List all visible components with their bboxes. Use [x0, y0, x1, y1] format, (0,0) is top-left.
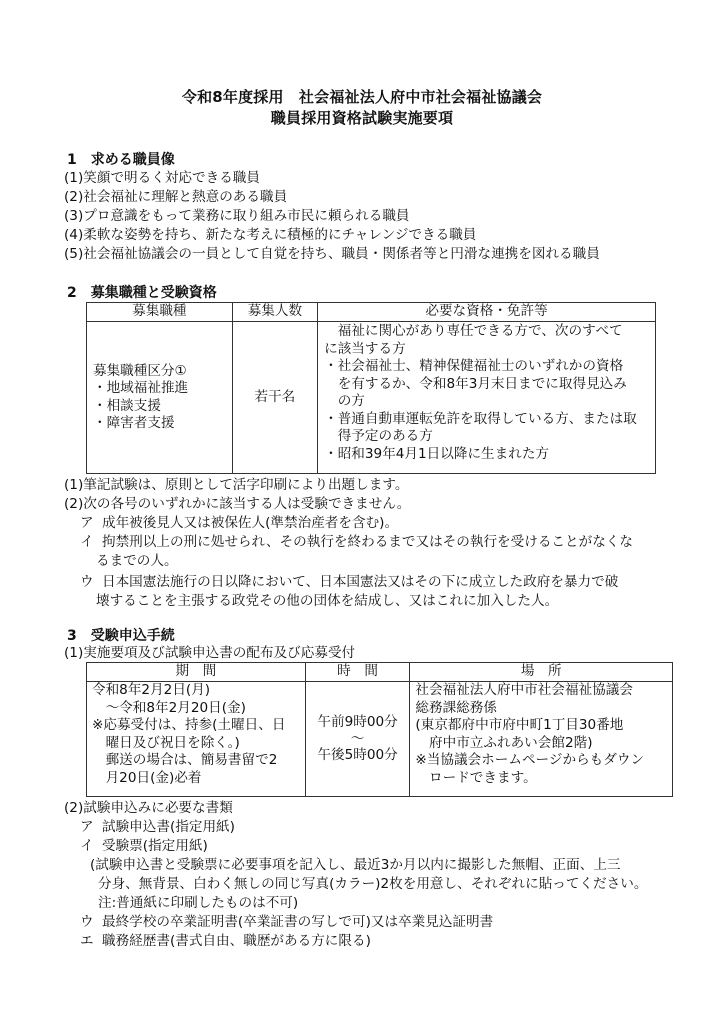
table-header-row: 募集職種 募集人数 必要な資格・免許等	[87, 303, 656, 322]
requirement-line: を有するか、令和8年3月末日までに取得見込み	[324, 376, 651, 394]
requirement-line: 得予定のある方	[324, 428, 651, 446]
section3-sub1: (1)実施要項及び試験申込書の配布及び応募受付	[64, 644, 355, 662]
place-line: ロードできます。	[415, 770, 668, 788]
period-line: ※応募受付は、持参(土曜日、日	[92, 717, 301, 735]
job-item: ・障害者支援	[93, 415, 228, 433]
document-text: 分身、無背景、白わく無しの同じ写真(カラー)2枚を用意し、それぞれに貼ってくださ…	[98, 875, 647, 893]
section1-item: (3)プロ意識をもって業務に取り組み市民に頼られる職員	[64, 207, 410, 225]
period-line: 月20日(金)必着	[92, 770, 301, 788]
disqualification-text: るまでの人。	[96, 552, 178, 570]
disqualification-text: 壊することを主張する政党その他の団体を結成し、又はこれに加入した人。	[96, 592, 558, 610]
time-separator: ～	[310, 733, 406, 745]
time-cell: 午前9時00分 ～ 午後5時00分	[305, 682, 410, 797]
qualification-table: 募集職種 募集人数 必要な資格・免許等 募集職種区分① ・地域福祉推進 ・相談支…	[86, 302, 656, 474]
count-cell: 若干名	[232, 322, 317, 474]
document-text: 受験票(指定用紙)	[102, 837, 208, 855]
place-line: 社会福祉法人府中市社会福祉協議会	[415, 682, 668, 700]
time-end: 午後5時00分	[310, 745, 406, 766]
job-item: ・相談支援	[93, 398, 228, 416]
table-row: 募集職種区分① ・地域福祉推進 ・相談支援 ・障害者支援 若干名 福祉に関心があ…	[87, 322, 656, 474]
disqualification-text: 成年被後見人又は被保佐人(準禁治産者を含む)。	[102, 514, 398, 532]
place-cell: 社会福祉法人府中市社会福祉協議会 総務課総務係 (東京都府中市府中町1丁目30番…	[410, 682, 673, 797]
disqualification-text: 拘禁刑以上の刑に処せられ、その執行を終わるまで又はその執行を受けることがなくな	[102, 533, 633, 551]
section2-note: (1)筆記試験は、原則として活字印刷により出題します。	[64, 476, 408, 494]
header-job-type: 募集職種	[87, 303, 233, 322]
section2-note: (2)次の各号のいずれかに該当する人は受験できません。	[64, 495, 410, 513]
document-label: ウ	[80, 913, 94, 931]
disqualification-label: ウ	[80, 573, 94, 591]
table-header-row: 期 間 時 間 場 所	[87, 663, 673, 682]
section1-item: (2)社会福祉に理解と熱意のある職員	[64, 188, 287, 206]
document-page: 令和8年度採用 社会福祉法人府中市社会福祉協議会 職員採用資格試験実施要項 1 …	[0, 0, 724, 1024]
header-place: 場 所	[410, 663, 673, 682]
document-text: 注:普通紙に印刷したものは不可)	[98, 894, 298, 912]
header-period: 期 間	[87, 663, 306, 682]
section1-item: (4)柔軟な姿勢を持ち、新たな考えに積極的にチャレンジできる職員	[64, 226, 476, 244]
document-text: 最終学校の卒業証明書(卒業証書の写しで可)又は卒業見込証明書	[102, 913, 493, 931]
document-text: 職務経歴書(書式自由、職歴がある方に限る)	[102, 932, 371, 950]
document-label: エ	[80, 932, 94, 950]
job-type-cell: 募集職種区分① ・地域福祉推進 ・相談支援 ・障害者支援	[87, 322, 233, 474]
document-text: 試験申込書(指定用紙)	[102, 818, 235, 836]
section2-heading: 2 募集職種と受験資格	[67, 284, 217, 302]
period-line: 令和8年2月2日(月)	[92, 682, 301, 700]
document-label: ア	[80, 818, 94, 836]
section3-heading: 3 受験申込手続	[67, 627, 175, 645]
requirements-cell: 福祉に関心があり専任できる方で、次のすべて に該当する方 ・社会福祉士、精神保健…	[318, 322, 656, 474]
document-title-line2: 職員採用資格試験実施要項	[0, 108, 724, 128]
job-category: 募集職種区分①	[93, 363, 228, 381]
place-line: (東京都府中市府中町1丁目30番地	[415, 717, 668, 735]
place-line: 府中市立ふれあい会館2階)	[415, 735, 668, 753]
time-start: 午前9時00分	[310, 712, 406, 733]
disqualification-label: ア	[80, 514, 94, 532]
section1-item: (1)笑顔で明るく対応できる職員	[64, 169, 260, 187]
application-table: 期 間 時 間 場 所 令和8年2月2日(月) ～令和8年2月20日(金) ※応…	[86, 662, 673, 797]
requirement-line: に該当する方	[324, 341, 651, 359]
header-requirements: 必要な資格・免許等	[318, 303, 656, 322]
job-item: ・地域福祉推進	[93, 380, 228, 398]
period-line: 郵送の場合は、簡易書留で2	[92, 752, 301, 770]
header-time: 時 間	[305, 663, 410, 682]
section1-item: (5)社会福祉協議会の一員として自覚を持ち、職員・関係者等と円滑な連携を図れる職…	[64, 245, 600, 263]
requirement-line: ・普通自動車運転免許を取得している方、または取	[324, 411, 651, 429]
place-line: 総務課総務係	[415, 700, 668, 718]
requirement-line: 福祉に関心があり専任できる方で、次のすべて	[324, 323, 651, 341]
requirement-line: ・昭和39年4月1日以降に生まれた方	[324, 446, 651, 464]
header-count: 募集人数	[232, 303, 317, 322]
section1-heading: 1 求める職員像	[67, 151, 175, 169]
document-text: (試験申込書と受験票に必要事項を記入し、最近3か月以内に撮影した無帽、正面、上三	[90, 856, 621, 874]
place-line: ※当協議会ホームページからもダウン	[415, 752, 668, 770]
table-row: 令和8年2月2日(月) ～令和8年2月20日(金) ※応募受付は、持参(土曜日、…	[87, 682, 673, 797]
requirement-line: ・社会福祉士、精神保健福祉士のいずれかの資格	[324, 358, 651, 376]
period-cell: 令和8年2月2日(月) ～令和8年2月20日(金) ※応募受付は、持参(土曜日、…	[87, 682, 306, 797]
period-line: ～令和8年2月20日(金)	[92, 700, 301, 718]
requirement-line: の方	[324, 393, 651, 411]
disqualification-text: 日本国憲法施行の日以降において、日本国憲法又はその下に成立した政府を暴力で破	[102, 573, 618, 591]
disqualification-label: イ	[80, 533, 94, 551]
document-label: イ	[80, 837, 94, 855]
section3-sub2: (2)試験申込みに必要な書類	[64, 799, 233, 817]
period-line: 曜日及び祝日を除く。)	[92, 735, 301, 753]
document-title-line1: 令和8年度採用 社会福祉法人府中市社会福祉協議会	[0, 87, 724, 107]
